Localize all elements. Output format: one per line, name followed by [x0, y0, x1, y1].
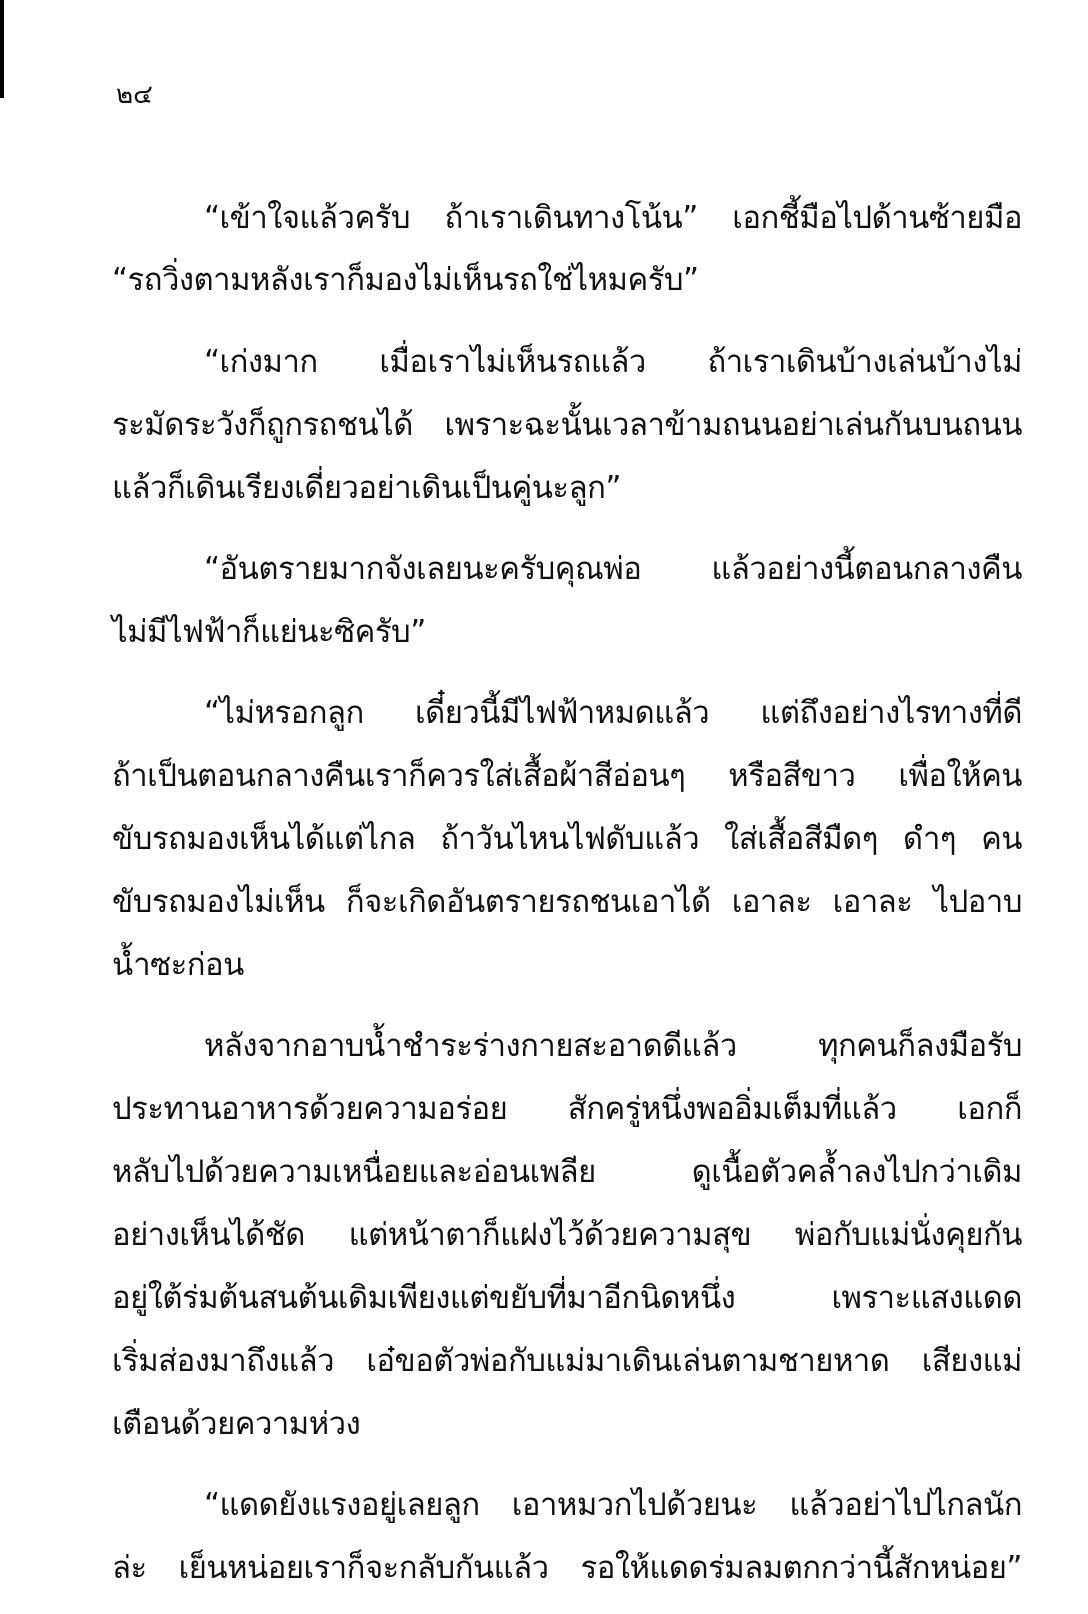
text-line: “รถวิ่งตามหลังเราก็มองไม่เห็นรถใช่ไหมครั… [112, 258, 1022, 302]
text-line: อยู่ใต้ร่มต้นสนต้นเดิมเพียงแต่ขยับที่มาอ… [112, 1276, 1022, 1320]
page-number: ๒๔ [116, 78, 153, 112]
text-line: ถ้าเป็นตอนกลางคืนเราก็ควรใส่เสื้อผ้าสีอ่… [112, 754, 1022, 798]
scan-edge-artifact [0, 0, 4, 98]
text-line: ขับรถมองเห็นได้แต่ไกล ถ้าวันไหนไฟดับแล้ว… [112, 817, 1022, 861]
text-line: “เก่งมาก เมื่อเราไม่เห็นรถแล้ว ถ้าเราเดิ… [204, 340, 1022, 384]
text-line: เริ่มส่องมาถึงแล้ว เอ๋ขอตัวพ่อกับแม่มาเด… [112, 1339, 1022, 1383]
text-line: ประทานอาหารด้วยความอร่อย สักครู่หนึ่งพออ… [112, 1087, 1022, 1131]
text-line: “อันตรายมากจังเลยนะครับคุณพ่อ แล้วอย่างน… [204, 547, 1022, 591]
text-line: หลับไปด้วยความเหนื่อยและอ่อนเพลีย ดูเนื้… [112, 1150, 1022, 1194]
text-line: น้ำซะก่อน [112, 943, 1022, 987]
text-line: ระมัดระวังก็ถูกรถชนได้ เพราะฉะนั้นเวลาข้… [112, 403, 1022, 447]
text-line: แล้วก็เดินเรียงเดี่ยวอย่าเดินเป็นคู่นะลู… [112, 466, 1022, 510]
text-line: หลังจากอาบน้ำชำระร่างกายสะอาดดีแล้ว ทุกค… [204, 1024, 1022, 1068]
text-line: อย่างเห็นได้ชัด แต่หน้าตาก็แฝงไว้ด้วยควา… [112, 1213, 1022, 1257]
text-line: ไม่มีไฟฟ้าก็แย่นะซิครับ” [112, 610, 1022, 654]
text-line: “แดดยังแรงอยู่เลยลูก เอาหมวกไปด้วยนะ แล้… [204, 1483, 1022, 1527]
text-line: “เข้าใจแล้วครับ ถ้าเราเดินทางโน้น” เอกชี… [204, 196, 1022, 240]
text-line: เตือนด้วยความห่วง [112, 1402, 1022, 1446]
text-line: “ไม่หรอกลูก เดี๋ยวนี้มีไฟฟ้าหมดแล้ว แต่ถ… [204, 691, 1022, 735]
text-line: ล่ะ เย็นหน่อยเราก็จะกลับกันแล้ว รอให้แดด… [112, 1546, 1022, 1590]
text-line: ขับรถมองไม่เห็น ก็จะเกิดอันตรายรถชนเอาได… [112, 880, 1022, 924]
